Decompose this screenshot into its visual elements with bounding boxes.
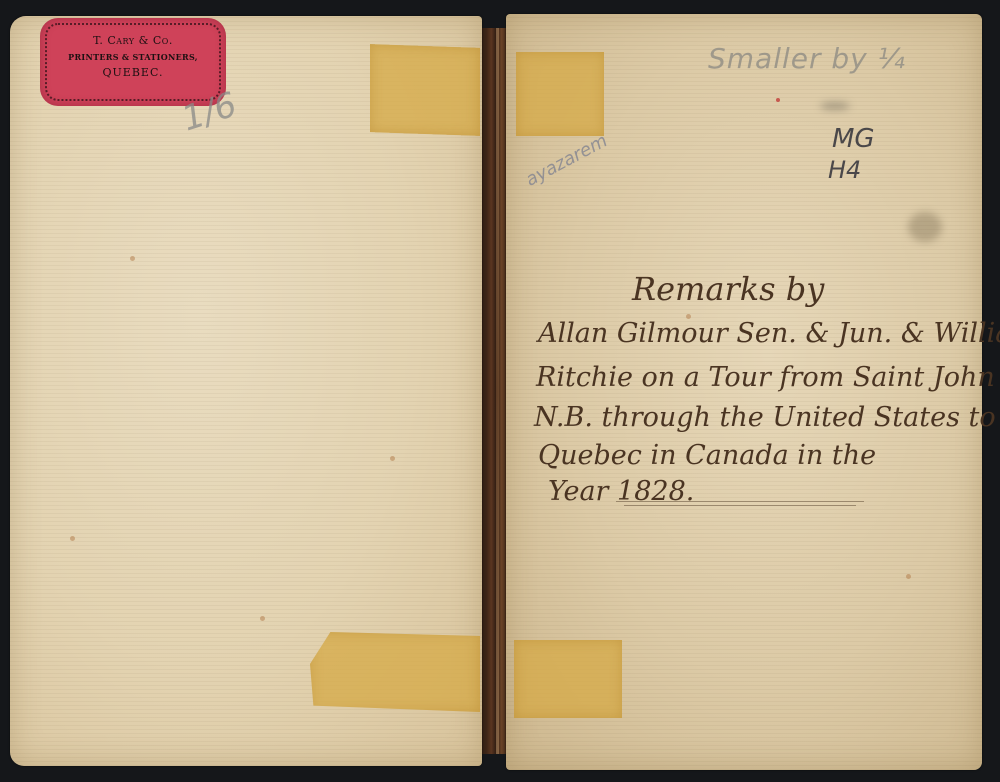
- foxing-spot: [260, 616, 265, 621]
- tape-residue-top-left: [370, 44, 480, 136]
- printer-name: T. Cary & Co.: [40, 34, 226, 47]
- underline-rule: [616, 501, 864, 502]
- tape-residue-bottom-right: [514, 640, 622, 718]
- printer-city: QUEBEC.: [40, 66, 226, 79]
- tape-residue-bottom-left: [310, 632, 480, 712]
- title-line: Allan Gilmour Sen. & Jun. & William: [538, 318, 1000, 349]
- underline-rule: [624, 505, 856, 506]
- foxing-spot: [70, 536, 75, 541]
- title-heading: Remarks by: [632, 270, 824, 308]
- tape-residue-top-right: [516, 52, 604, 136]
- call-number-line-1: MG: [832, 124, 875, 154]
- printer-trade: PRINTERS & STATIONERS,: [40, 52, 226, 62]
- foxing-spot: [130, 256, 135, 261]
- title-line: Ritchie on a Tour from Saint John: [536, 362, 995, 393]
- foxing-spot: [390, 456, 395, 461]
- call-number-line-2: H4: [828, 156, 861, 184]
- title-line: Quebec in Canada in the: [538, 440, 876, 471]
- title-line: N.B. through the United States to: [534, 402, 996, 433]
- stain: [908, 212, 942, 242]
- title-line-year: Year 1828.: [548, 476, 694, 507]
- stain: [820, 102, 850, 110]
- red-ink-dot: [776, 98, 780, 102]
- printer-label: T. Cary & Co. PRINTERS & STATIONERS, QUE…: [40, 18, 226, 106]
- pencil-note-top: Smaller by ¼: [708, 42, 906, 75]
- foxing-spot: [906, 574, 911, 579]
